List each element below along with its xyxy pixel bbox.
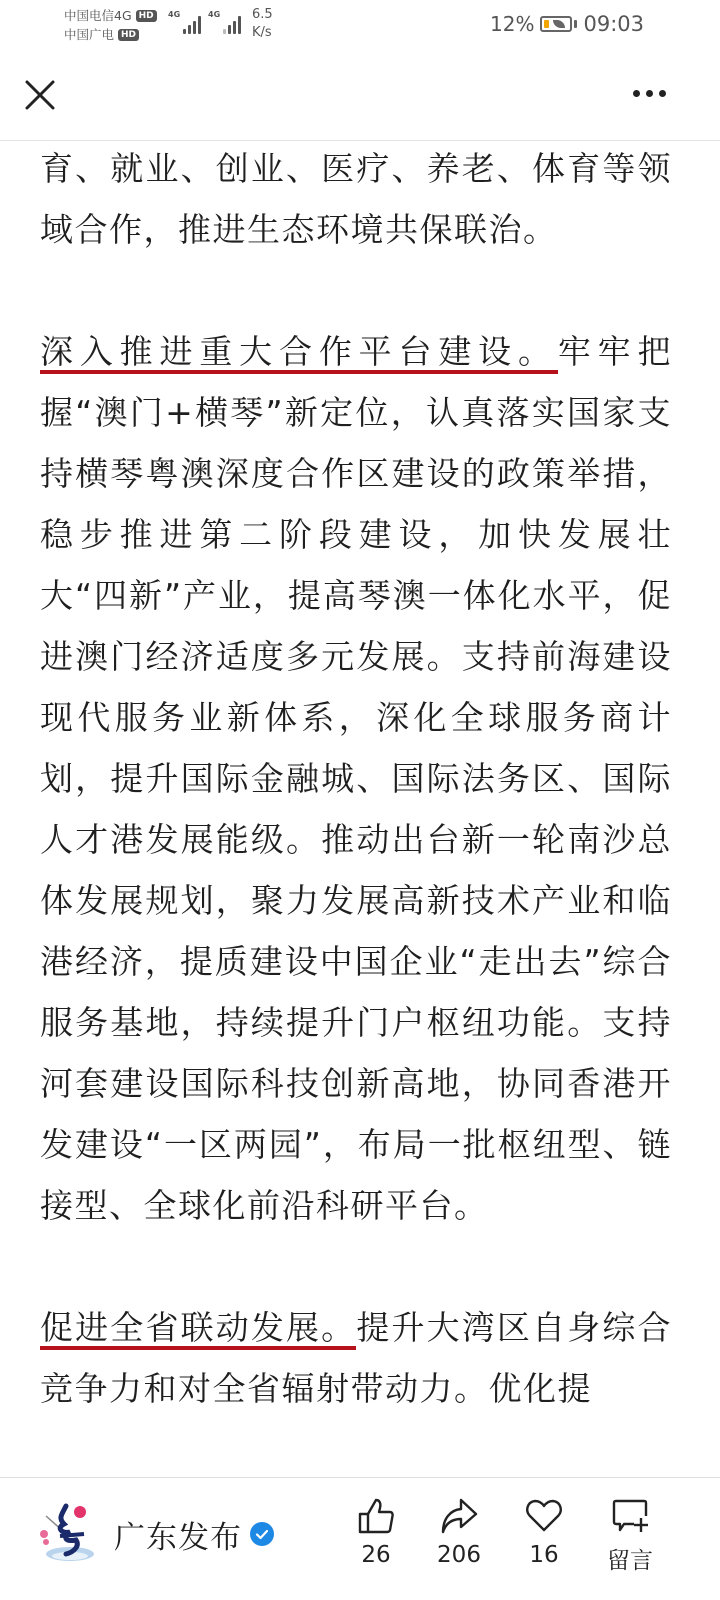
carrier-1-name: 中国电信4G — [64, 6, 132, 25]
avatar-logo-icon — [36, 1500, 100, 1568]
battery-saver-icon — [540, 16, 572, 32]
comment-button[interactable]: 留言 — [595, 1496, 665, 1575]
top-nav — [0, 60, 720, 141]
bottom-action-bar: 广东发布 26 206 16 留言 — [0, 1477, 720, 1600]
article-body: 育、就业、创业、医疗、养老、体育等领域合作，推进生态环境共保联治。 深入推进重大… — [40, 138, 672, 1419]
signal-strength-icon: 4G — [168, 10, 201, 34]
network-type-label: 4G — [168, 10, 180, 19]
close-button[interactable] — [22, 77, 58, 113]
carrier-2-name: 中国广电 — [64, 25, 114, 44]
network-speed: 6.5 K/s — [252, 6, 273, 42]
paragraph-text: 育、就业、创业、医疗、养老、体育等领域合作，推进生态环境共保联治。 — [40, 149, 672, 249]
like-count: 26 — [361, 1542, 390, 1568]
author-profile[interactable]: 广东发布 — [36, 1500, 274, 1568]
battery-time: 12% 09:03 — [490, 12, 644, 36]
hd-badge: HD — [136, 10, 157, 22]
article-paragraph: 育、就业、创业、医疗、养老、体育等领域合作，推进生态环境共保联治。 — [40, 138, 672, 260]
thumbs-up-icon — [356, 1496, 396, 1536]
signal-strength-icon: 4G — [208, 10, 241, 34]
clock: 09:03 — [583, 12, 644, 36]
share-count: 206 — [437, 1542, 481, 1568]
share-button[interactable]: 206 — [424, 1496, 494, 1568]
hd-badge: HD — [118, 29, 139, 41]
heart-icon — [524, 1496, 564, 1536]
battery-percent: 12% — [490, 12, 534, 36]
article-paragraph: 促进全省联动发展。提升大湾区自身综合竞争力和对全省辐射带动力。优化提 — [40, 1297, 672, 1419]
comment-label: 留言 — [607, 1542, 653, 1575]
status-bar: 中国电信4G HD 中国广电 HD 4G 4G 6.5 K/s 12% 09:0… — [0, 0, 720, 60]
verified-badge-icon — [250, 1522, 274, 1546]
section-heading-highlight: 促进全省联动发展。 — [40, 1308, 356, 1347]
favorite-count: 16 — [529, 1542, 558, 1568]
section-heading-highlight: 深入推进重大合作平台建设。 — [40, 332, 558, 371]
close-icon — [22, 77, 58, 113]
network-type-label: 4G — [208, 10, 220, 19]
network-speed-unit: K/s — [252, 24, 273, 42]
comment-add-icon — [610, 1496, 650, 1536]
paragraph-text: 牢牢把握“澳门+横琴”新定位，认真落实国家支持横琴粤澳深度合作区建设的政策举措，… — [40, 332, 672, 1225]
like-button[interactable]: 26 — [341, 1496, 411, 1568]
author-name[interactable]: 广东发布 — [114, 1512, 242, 1557]
article-paragraph: 深入推进重大合作平台建设。牢牢把握“澳门+横琴”新定位，认真落实国家支持横琴粤澳… — [40, 321, 672, 1236]
more-icon — [633, 90, 640, 97]
carrier-info: 中国电信4G HD 中国广电 HD — [64, 6, 157, 44]
network-speed-value: 6.5 — [252, 6, 273, 24]
avatar[interactable] — [36, 1500, 100, 1568]
favorite-button[interactable]: 16 — [509, 1496, 579, 1568]
share-icon — [439, 1496, 479, 1536]
more-options-button[interactable] — [629, 86, 670, 101]
